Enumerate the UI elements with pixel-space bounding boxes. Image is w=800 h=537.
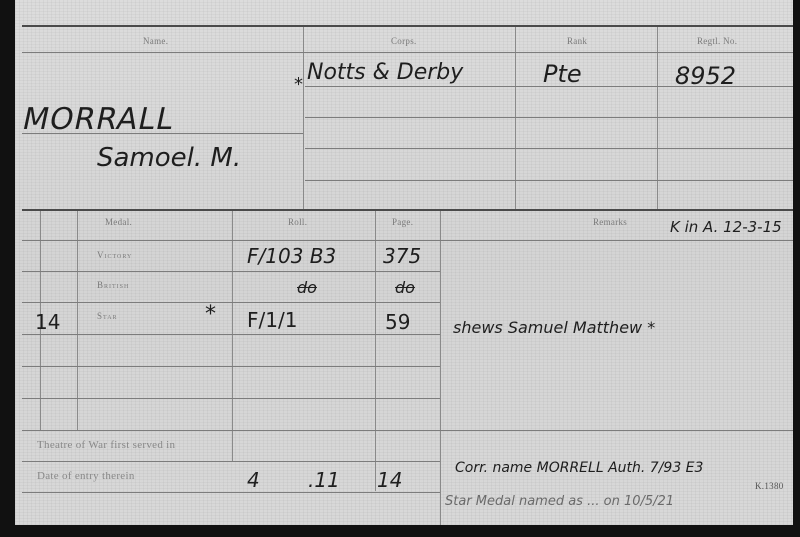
corps-label: Corps. [391,36,417,46]
medal-name: Star [97,311,118,321]
date-year: 14 [377,468,402,492]
rank-label: Rank [567,36,587,46]
remark-star: shews Samuel Matthew * [453,318,655,337]
row-line [22,366,440,367]
top-rule [22,25,793,27]
row-line [22,271,440,272]
row-line [22,240,793,241]
corps-marker: * [294,74,303,95]
medal-name: Victory [97,250,132,260]
roll-header: Roll. [288,217,307,227]
col-line [375,211,376,491]
row-line [22,461,440,462]
date-label: Date of entry therein [37,470,135,482]
remarks-header: Remarks [593,217,627,227]
name-label: Name. [143,36,168,46]
divider-name-corps [303,27,304,210]
star-marker: * [205,302,216,327]
col-line [232,211,233,461]
rank-value: Pte [543,60,582,88]
row-line [22,334,440,335]
forenames: Samoel. M. [97,143,241,173]
divider-rank-regtl [657,27,658,210]
regtl-no-value: 8952 [675,62,736,90]
row-line [22,398,440,399]
medal-header: Medal. [105,217,132,227]
row-line [22,430,793,431]
surname: MORRALL [19,102,177,137]
page-value: do [395,278,415,297]
row-line [22,302,440,303]
remarks-header-note: K in A. 12-3-15 [670,218,782,236]
remark-correction: Corr. name MORRELL Auth. 7/93 E3 [455,460,703,476]
remark-faint: Star Medal named as ... on 10/5/21 [445,494,674,509]
reference-number: K.1380 [755,481,784,491]
page-value: 375 [383,244,421,268]
date-month: .11 [308,468,340,492]
row-line [22,52,793,53]
theatre-label: Theatre of War first served in [37,439,175,451]
regtl-no-label: Regtl. No. [697,36,737,46]
roll-value: do [297,278,317,297]
section-rule [22,209,793,211]
row-line [305,117,793,118]
page-value: 59 [385,310,410,334]
corps-value: Notts & Derby [307,60,463,85]
date-day: 4 [247,468,260,492]
medal-index-card: Name. Corps. Rank Regtl. No. MORRALL Sam… [15,0,793,525]
row-line [22,492,440,493]
row-line [305,148,793,149]
divider-corps-rank [515,27,516,210]
medal-name: British [97,280,129,290]
col-line [440,211,441,525]
row-line [305,180,793,181]
star-count: 14 [35,310,60,334]
roll-value: F/1/1 [247,308,297,332]
page-header: Page. [392,217,413,227]
roll-value: F/103 B3 [247,244,336,268]
